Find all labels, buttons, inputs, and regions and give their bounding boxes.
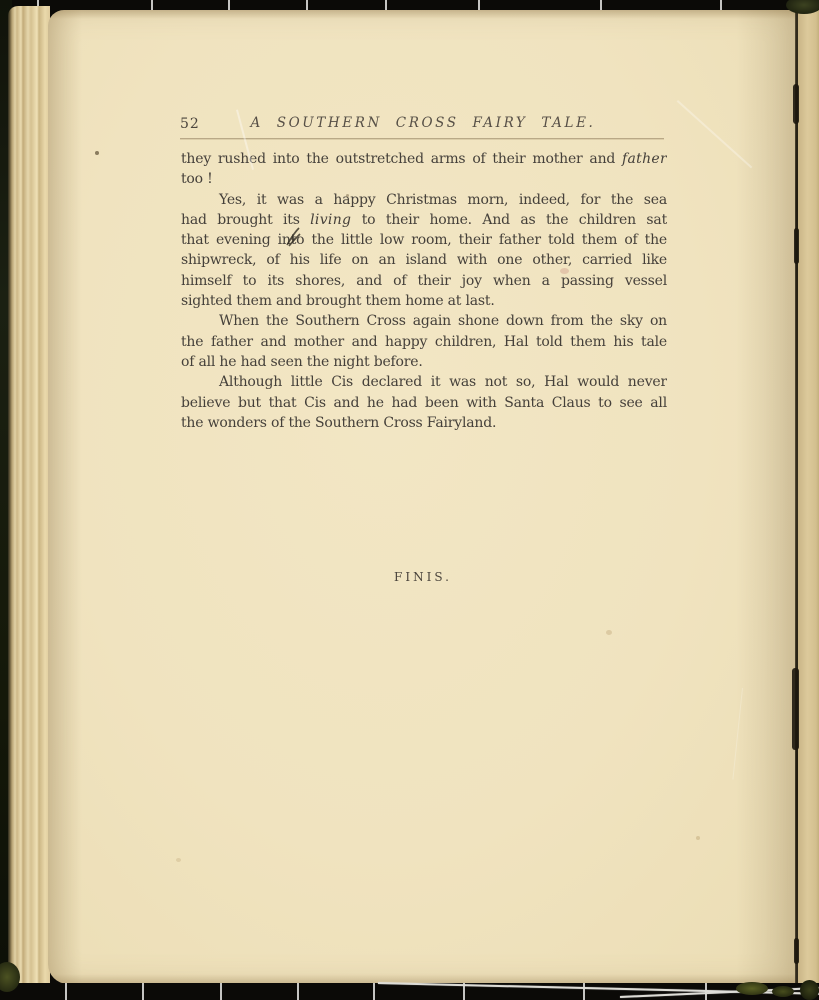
text-line: of all he had seen the night before. [181, 352, 667, 372]
foxing-spot [346, 194, 349, 197]
scratch-mark [732, 688, 743, 780]
foxing-spot [176, 858, 181, 862]
header-rule [180, 138, 664, 139]
running-head: A SOUTHERN CROSS FAIRY TALE. [182, 115, 664, 131]
text-line: the father and mother and happy children… [181, 332, 667, 352]
text-line: had brought its living to their home. An… [181, 210, 667, 230]
film-tick [373, 983, 375, 1000]
ink-smudge [284, 226, 302, 248]
text-line: Although little Cis declared it was not … [181, 372, 667, 392]
foxing-spot [696, 836, 700, 840]
text-line: that evening into the little low room, t… [181, 230, 667, 250]
text-line: When the Southern Cross again shone down… [181, 311, 667, 331]
foxing-spot [606, 630, 612, 635]
text-block: they rushed into the outstretched arms o… [181, 149, 667, 433]
debris-blob [800, 980, 819, 1000]
text-line: Yes, it was a happy Christmas morn, inde… [181, 190, 667, 210]
crease-blot [794, 228, 799, 264]
text-line: too ! [181, 169, 667, 189]
film-tick [583, 983, 585, 1000]
debris-blob [736, 982, 768, 995]
film-tick [297, 983, 299, 1000]
text-line: sighted them and brought them home at la… [181, 291, 667, 311]
film-tick [220, 983, 222, 1000]
text-line: believe but that Cis and he had been wit… [181, 393, 667, 413]
book-scan: 52 A SOUTHERN CROSS FAIRY TALE. they rus… [0, 0, 819, 1000]
crease-blot [794, 938, 799, 964]
text-line: himself to its shores, and of their joy … [181, 271, 667, 291]
text-line: the wonders of the Southern Cross Fairyl… [181, 413, 667, 433]
text-line: they rushed into the outstretched arms o… [181, 149, 667, 169]
book-page: 52 A SOUTHERN CROSS FAIRY TALE. they rus… [48, 10, 796, 984]
debris-blob [772, 986, 794, 997]
crease-blot [792, 668, 799, 750]
scratch-mark [677, 100, 752, 168]
page-crease [795, 12, 798, 983]
film-tick [142, 983, 144, 1000]
crease-blot [793, 84, 799, 124]
finis-label: FINIS. [182, 570, 664, 584]
text-line: shipwreck, of his life on an island with… [181, 250, 667, 270]
page-edge-stack [8, 6, 50, 992]
foxing-spot [95, 151, 99, 155]
foxing-spot [560, 268, 569, 274]
fore-edge-strip [798, 10, 819, 984]
film-tick [65, 983, 67, 1000]
